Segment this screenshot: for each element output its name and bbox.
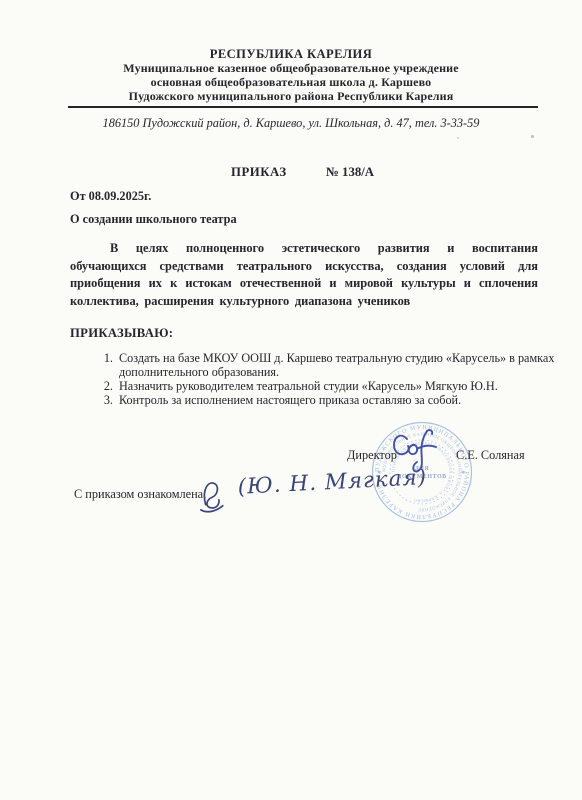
order-items-list: Создать на базе МКОУ ООШ д. Каршево теат…: [70, 352, 578, 408]
order-item: Назначить руководителем театральной студ…: [116, 380, 578, 394]
acknowledgement-label: С приказом ознакомлена:: [74, 487, 207, 502]
letterhead-address: 186150 Пудожский район, д. Каршево, ул. …: [0, 116, 582, 131]
decree-word: ПРИКАЗЫВАЮ:: [70, 326, 173, 341]
stamp-separator-star-icon: ✱: [461, 470, 465, 476]
letterhead-school-name: основная общеобразовательная школа д. Ка…: [0, 75, 582, 89]
letterhead-divider: [68, 106, 538, 108]
letterhead-institution-type: Муниципальное казенное общеобразовательн…: [0, 61, 582, 75]
order-subject: О создании школьного театра: [70, 212, 237, 227]
letterhead-republic: РЕСПУБЛИКА КАРЕЛИЯ: [0, 47, 582, 61]
director-label: Директор: [347, 448, 397, 463]
acknowledgement-initial-ink: [196, 475, 230, 515]
director-name: С.Е. Соляная: [456, 448, 525, 463]
scan-speck: [457, 137, 459, 139]
scanned-order-document: РЕСПУБЛИКА КАРЕЛИЯ Муниципальное казенно…: [0, 0, 582, 800]
order-item: Создать на базе МКОУ ООШ д. Каршево теат…: [116, 352, 578, 380]
order-title: ПРИКАЗ: [231, 165, 287, 180]
letterhead: РЕСПУБЛИКА КАРЕЛИЯ Муниципальное казенно…: [0, 47, 582, 103]
order-date: От 08.09.2025г.: [70, 189, 151, 204]
order-item: Контроль за исполнением настоящего прика…: [116, 394, 578, 408]
director-signature-ink: [391, 428, 445, 476]
order-preamble: В целях полноценного эстетического разви…: [70, 240, 538, 310]
order-number: № 138/А: [326, 165, 374, 180]
letterhead-district: Пудожского муниципального района Республ…: [0, 89, 582, 103]
scan-speck: [531, 135, 534, 138]
